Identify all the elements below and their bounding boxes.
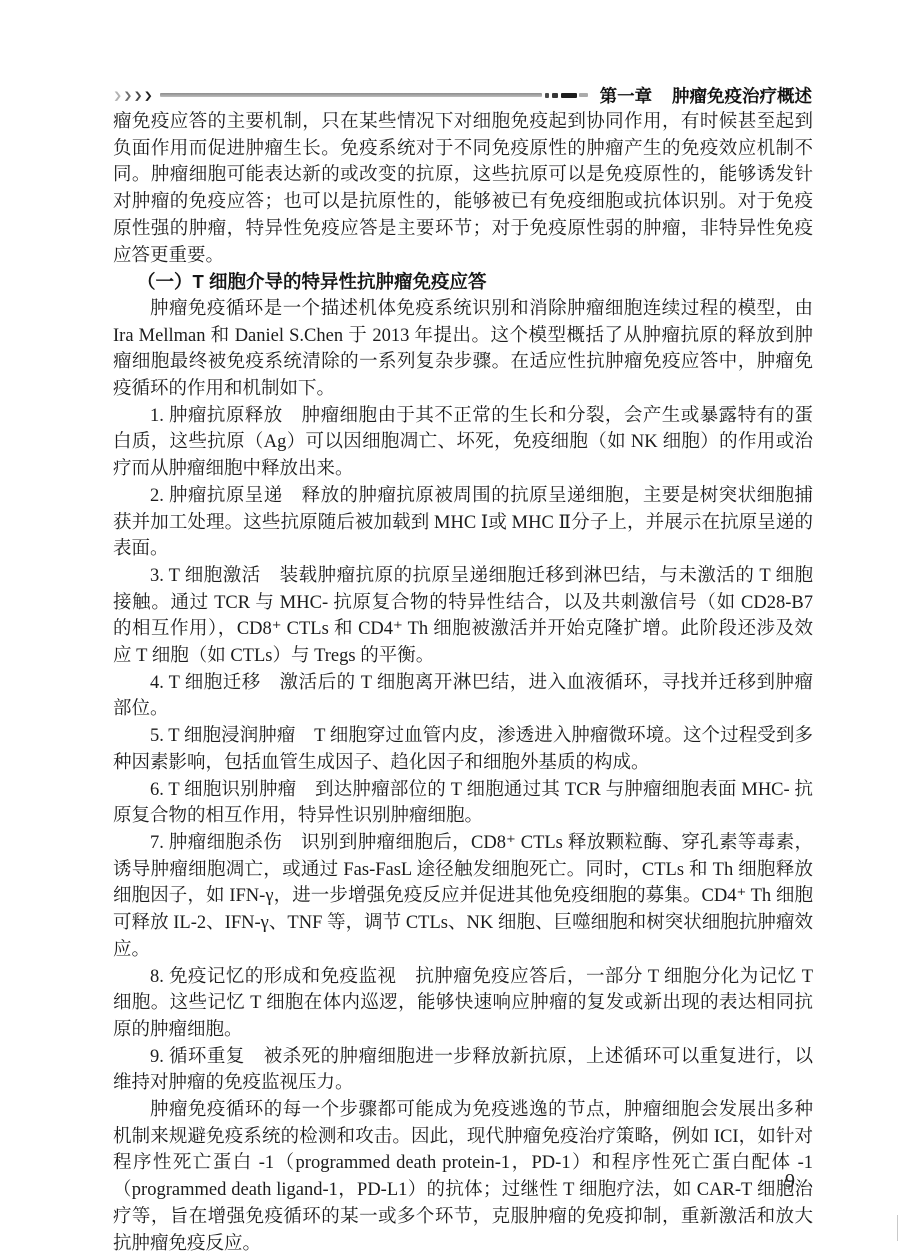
chevron-right-icon: ❯ [144, 90, 153, 99]
document-page: ❯ ❯ ❯ ❯ 第一章 肿瘤免疫治疗概述 瘤免疫应答的主要机制，只在某些情况下对… [0, 0, 900, 1253]
paragraph: 肿瘤免疫循环是一个描述机体免疫系统识别和消除肿瘤细胞连续过程的模型，由 Ira … [113, 296, 813, 403]
running-header: ❯ ❯ ❯ ❯ 第一章 肿瘤免疫治疗概述 [113, 84, 812, 106]
header-rule-line [160, 92, 588, 98]
list-item-9: 9. 循环重复 被杀死的肿瘤细胞进一步释放新抗原，上述循环可以重复进行，以维持对… [113, 1044, 813, 1097]
chapter-title: 肿瘤免疫治疗概述 [672, 86, 812, 106]
header-rule-dash [579, 93, 588, 97]
scan-edge-artifact [897, 1215, 898, 1241]
list-item-3: 3. T 细胞激活 装载肿瘤抗原的抗原呈递细胞迁移到淋巴结，与未激活的 T 细胞… [113, 563, 813, 670]
header-rule-main [160, 93, 542, 97]
list-item-8: 8. 免疫记忆的形成和免疫监视 抗肿瘤免疫应答后，一部分 T 细胞分化为记忆 T… [113, 964, 813, 1044]
header-chevrons: ❯ ❯ ❯ ❯ [113, 90, 153, 99]
section-heading: （一）T 细胞介导的特异性抗肿瘤免疫应答 [113, 269, 813, 296]
header-rule-dash [545, 93, 549, 98]
list-item-4: 4. T 细胞迁移 激活后的 T 细胞离开淋巴结，进入血液循环，寻找并迁移到肿瘤… [113, 670, 813, 723]
chapter-label: 第一章 [600, 86, 653, 106]
list-item-5: 5. T 细胞浸润肿瘤 T 细胞穿过血管内皮，渗透进入肿瘤微环境。这个过程受到多… [113, 723, 813, 776]
list-item-2: 2. 肿瘤抗原呈递 释放的肿瘤抗原被周围的抗原呈递细胞，主要是树突状细胞捕获并加… [113, 483, 813, 563]
chevron-right-icon: ❯ [123, 90, 132, 99]
paragraph: 肿瘤免疫循环的每一个步骤都可能成为免疫逃逸的节点，肿瘤细胞会发展出多种机制来规避… [113, 1097, 813, 1253]
list-item-1: 1. 肿瘤抗原释放 肿瘤细胞由于其不正常的生长和分裂，会产生或暴露特有的蛋白质，… [113, 403, 813, 483]
chapter-heading: 第一章 肿瘤免疫治疗概述 [600, 83, 812, 108]
list-item-7: 7. 肿瘤细胞杀伤 识别到肿瘤细胞后，CD8⁺ CTLs 释放颗粒酶、穿孔素等毒… [113, 830, 813, 964]
paragraph: 瘤免疫应答的主要机制，只在某些情况下对细胞免疫起到协同作用，有时候甚至起到负面作… [113, 109, 813, 269]
chevron-right-icon: ❯ [113, 90, 122, 99]
header-rule-dash [552, 93, 558, 98]
chevron-right-icon: ❯ [133, 90, 142, 99]
page-number: 9 [770, 1170, 810, 1193]
header-rule-dash [561, 93, 577, 98]
list-item-6: 6. T 细胞识别肿瘤 到达肿瘤部位的 T 细胞通过其 TCR 与肿瘤细胞表面 … [113, 777, 813, 830]
page-body-text: 瘤免疫应答的主要机制，只在某些情况下对细胞免疫起到协同作用，有时候甚至起到负面作… [113, 109, 813, 1253]
